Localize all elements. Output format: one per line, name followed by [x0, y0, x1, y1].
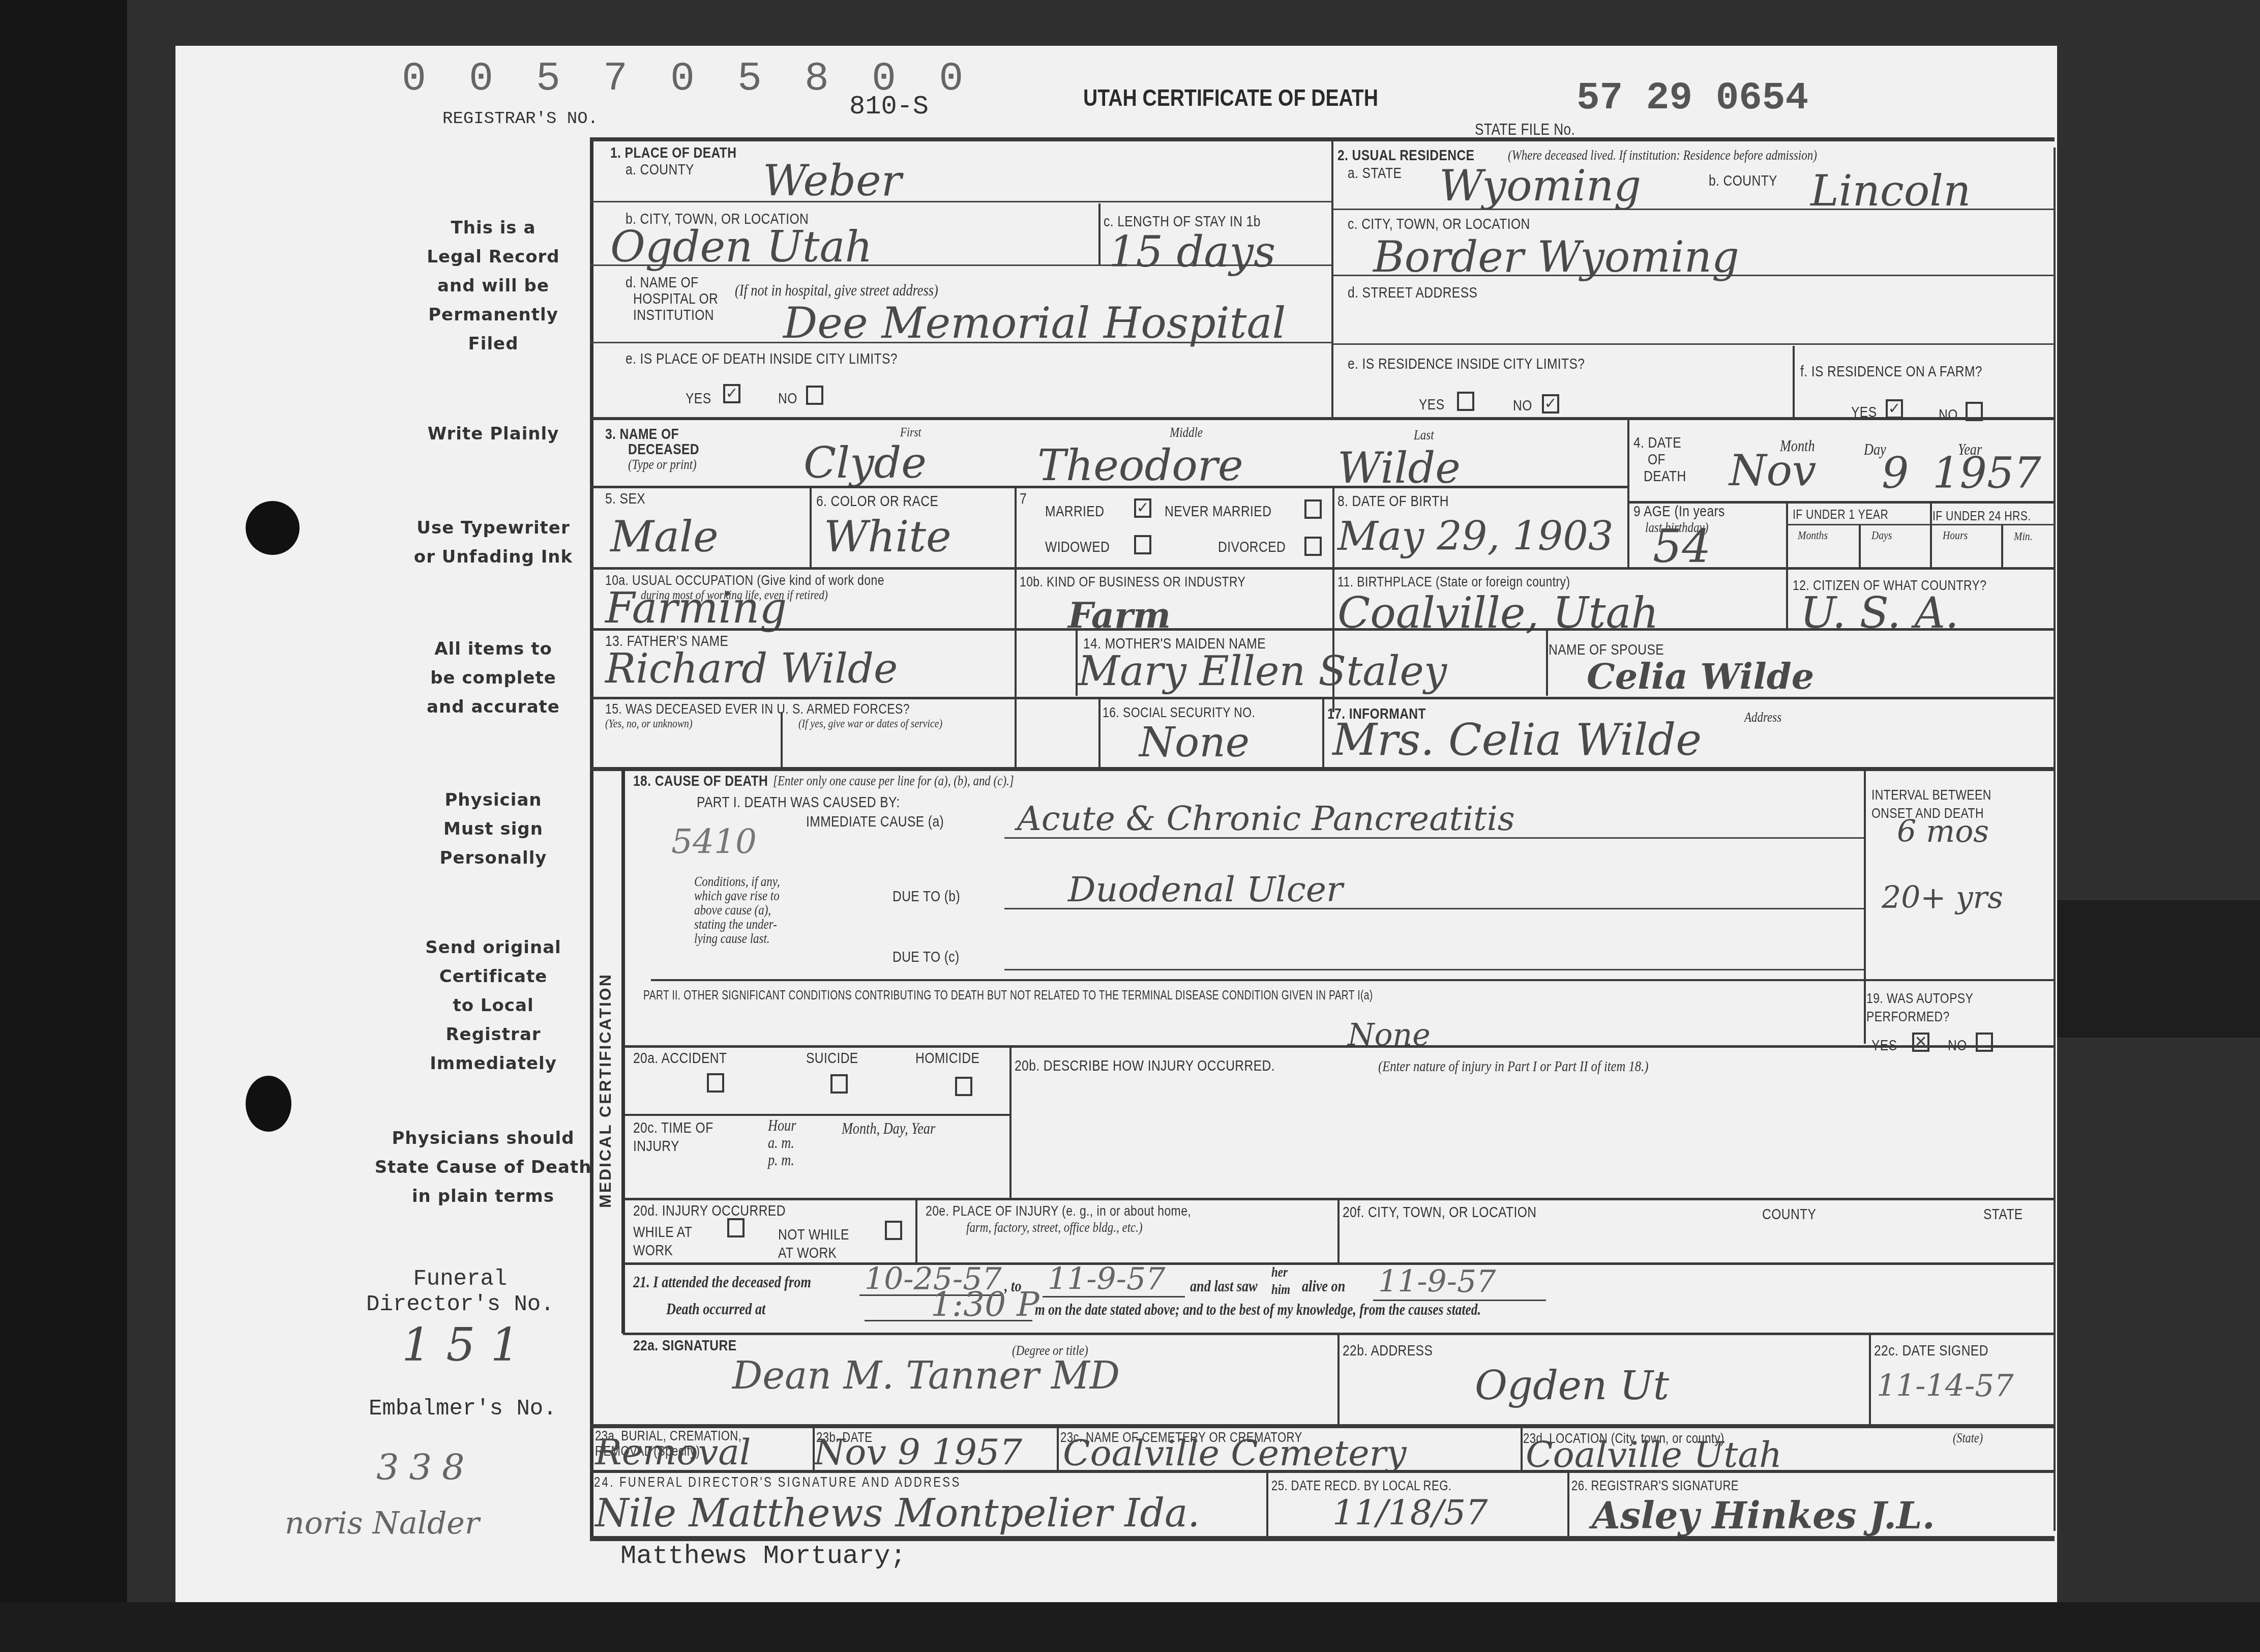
registrars-no-label: REGISTRAR'S NO.	[442, 109, 598, 129]
divider	[810, 487, 812, 569]
divider	[590, 1424, 2055, 1428]
date-of-death-label: 4. DATE	[1633, 435, 1681, 451]
homicide-checkbox[interactable]	[955, 1077, 972, 1096]
occupation-value: Farming	[605, 585, 787, 631]
embalmer-no-value: 338	[376, 1444, 475, 1490]
physician-signature: Dean M. Tanner MD	[732, 1353, 1120, 1399]
medical-strip-divider	[621, 769, 625, 1334]
divider-section-1-2	[1331, 140, 1333, 417]
due-to-c-line	[1004, 969, 1864, 970]
death-occurred-at-label: Death occurred at	[666, 1300, 765, 1318]
registrars-no-value: 810-S	[849, 92, 929, 122]
age-value: 54	[1653, 524, 1711, 570]
hospital-hint: (If not in hospital, give street address…	[735, 281, 938, 300]
armed-forces-hint-yes-no: (Yes, no, or unknown)	[605, 717, 692, 731]
father-name-value: Richard Wilde	[605, 646, 898, 692]
industry-label: 10b. KIND OF BUSINESS OR INDUSTRY	[1020, 574, 1245, 590]
due-to-c-label: DUE TO (c)	[893, 949, 960, 965]
divider	[1322, 698, 1324, 768]
death-city-value: Ogden Utah	[610, 224, 873, 270]
part1-label: PART I. DEATH WAS CAUSED BY:	[697, 794, 900, 811]
yes-label: YES	[686, 391, 711, 407]
form-border-top	[590, 137, 2055, 141]
attended-label: 21. I attended the deceased from	[633, 1273, 811, 1291]
date-received-value: 11/18/57	[1332, 1490, 1488, 1536]
funeral-director-no-value: 151	[402, 1322, 535, 1368]
residence-farm-label: f. IS RESIDENCE ON A FARM?	[1800, 364, 1982, 380]
divider	[590, 486, 1627, 488]
mother-maiden-name-value: Mary Ellen Staley	[1078, 648, 1447, 694]
burial-state-label: (State)	[1953, 1430, 1983, 1446]
residence-street-label: d. STREET ADDRESS	[1348, 285, 1477, 301]
divider	[1332, 343, 2055, 345]
cemetery-value: Coalville Cemetery	[1063, 1430, 1407, 1476]
embalmer-signature: noris Nalder	[285, 1500, 480, 1546]
widowed-checkbox[interactable]	[1134, 535, 1151, 554]
divider	[1332, 275, 2055, 276]
informant-value: Mrs. Celia Wilde	[1332, 717, 1702, 763]
cause-of-death-hint: [Enter only one cause per line for (a), …	[773, 773, 1014, 789]
certificate-title: UTAH CERTIFICATE OF DEATH	[1083, 84, 1378, 111]
yes-label: YES	[1419, 397, 1444, 413]
no-label: NO	[778, 391, 797, 407]
divorced-checkbox[interactable]	[1304, 537, 1322, 556]
medical-certification-label: MEDICAL CERTIFICATION	[596, 973, 615, 1208]
divider	[1869, 1334, 1871, 1425]
divider	[1627, 420, 1629, 567]
divider	[1266, 1471, 1268, 1538]
death-statement: m on the date stated above; and to the b…	[1035, 1301, 1481, 1319]
married-label: MARRIED	[1045, 504, 1104, 520]
industry-value: Farm	[1068, 593, 1171, 638]
armed-forces-label: 15. WAS DECEASED EVER IN U. S. ARMED FOR…	[605, 701, 910, 717]
divider	[590, 567, 2055, 570]
attended-to-value: 11-9-57	[1048, 1256, 1165, 1302]
residence-state-value: Wyoming	[1439, 163, 1641, 209]
spouse-name-value: Celia Wilde	[1587, 654, 1814, 699]
suicide-label: SUICIDE	[806, 1050, 858, 1067]
divider	[1332, 209, 2055, 210]
informant-address-label: Address	[1744, 710, 1781, 726]
name-of-deceased-label: DECEASED	[628, 441, 699, 458]
divider	[590, 201, 1332, 202]
date-of-death-label: DEATH	[1644, 468, 1686, 485]
burial-method-value: Removal	[595, 1429, 751, 1475]
residence-inside-limits-yes-checkbox[interactable]	[1457, 392, 1474, 411]
due-to-b-value: Duodenal Ulcer	[1068, 867, 1343, 913]
last-name-caption: Last	[1414, 427, 1434, 444]
burial-date-value: Nov 9 1957	[814, 1429, 1022, 1475]
divider	[1786, 524, 2055, 525]
while-at-work-checkbox[interactable]	[727, 1218, 745, 1237]
autopsy-yes-checkbox[interactable]: ✕	[1912, 1032, 1929, 1052]
min-caption: Min.	[2014, 530, 2033, 544]
death-inside-limits-no-checkbox[interactable]	[806, 386, 823, 405]
divider	[1009, 1047, 1012, 1199]
time-of-injury-label: 20c. TIME OF INJURY	[633, 1119, 713, 1156]
divider	[590, 1470, 2055, 1473]
cause-code: 5410	[671, 819, 757, 865]
while-at-work-label: WHILE AT WORK	[633, 1223, 692, 1260]
mortuary-typed-note: Matthews Mortuary;	[620, 1541, 906, 1571]
death-county-label: a. COUNTY	[626, 162, 694, 178]
scanner-background-left	[0, 0, 127, 1652]
divider	[623, 1114, 1009, 1116]
no-label: NO	[1513, 398, 1532, 414]
place-of-death-label: 1. PLACE OF DEATH	[610, 145, 736, 161]
date-of-death-month: Nov	[1729, 448, 1817, 493]
death-inside-limits-yes-checkbox[interactable]: ✓	[723, 384, 740, 403]
part2-label: PART II. OTHER SIGNIFICANT CONDITIONS CO…	[643, 987, 1373, 1003]
divorced-label: DIVORCED	[1218, 539, 1286, 555]
divider	[590, 767, 2055, 771]
married-checkbox[interactable]: ✓	[1134, 498, 1151, 518]
residence-inside-limits-no-checkbox[interactable]: ✓	[1542, 394, 1559, 414]
age-label: 9 AGE (In years	[1633, 504, 1725, 520]
margin-note-send-original: Send original Certificate to Local Regis…	[386, 933, 600, 1078]
place-of-injury-hint: farm, factory, street, office bldg., etc…	[966, 1220, 1143, 1236]
hospital-label: HOSPITAL OR	[633, 291, 718, 307]
residence-farm-yes-checkbox[interactable]: ✓	[1886, 399, 1903, 419]
physician-address-value: Ogden Ut	[1475, 1363, 1669, 1409]
deceased-last-name: Wilde	[1337, 445, 1461, 491]
accident-checkbox[interactable]	[707, 1073, 724, 1093]
immediate-cause-label: IMMEDIATE CAUSE (a)	[806, 814, 944, 830]
margin-note-typewriter: Use Typewriter or Unfading Ink	[386, 514, 600, 572]
never-married-label: NEVER MARRIED	[1165, 504, 1271, 520]
divider	[623, 1045, 2055, 1048]
under-24-hrs-label: IF UNDER 24 HRS.	[1932, 508, 2031, 524]
divider	[1567, 1471, 1569, 1538]
divider	[1057, 1427, 1059, 1470]
margin-note-legal-record: This is a Legal Record and will be Perma…	[386, 214, 600, 359]
margin-note-complete: All items to be complete and accurate	[386, 635, 600, 722]
date-of-death-year: 1957	[1932, 450, 2041, 496]
death-county-value: Weber	[763, 158, 902, 203]
armed-forces-hint-service: (If yes, give war or dates of service)	[798, 717, 942, 731]
punch-hole-icon	[246, 1076, 291, 1132]
form-border-left	[590, 137, 593, 1536]
residence-city-label: c. CITY, TOWN, OR LOCATION	[1348, 216, 1530, 232]
registrar-signature-label: 26. REGISTRAR'S SIGNATURE	[1571, 1478, 1739, 1494]
deceased-first-name: Clyde	[804, 440, 927, 486]
death-inside-limits-label: e. IS PLACE OF DEATH INSIDE CITY LIMITS?	[626, 351, 898, 367]
interval-b-value: 20+ yrs	[1882, 875, 2003, 921]
residence-county-value: Lincoln	[1810, 168, 1971, 214]
divider	[2001, 525, 2003, 570]
injury-state-label: STATE	[1983, 1206, 2023, 1223]
death-time-value: 1:30 P	[931, 1282, 1039, 1327]
funeral-director-value: Nile Matthews Montpelier Ida.	[595, 1490, 1200, 1536]
suicide-checkbox[interactable]	[830, 1074, 848, 1094]
scanner-background-band	[2055, 900, 2260, 1038]
deceased-middle-name: Theodore	[1037, 442, 1243, 488]
alive-on-label: alive on	[1302, 1277, 1345, 1295]
embalmer-no-label: Embalmer's No.	[369, 1396, 557, 1422]
alive-on-value: 11-9-57	[1378, 1259, 1496, 1305]
marital-status-number: 7	[1020, 491, 1027, 507]
divider	[1521, 1427, 1523, 1470]
divider	[915, 1199, 917, 1263]
days-caption: Days	[1871, 529, 1892, 543]
month-day-year-caption: Month, Day, Year	[842, 1119, 935, 1138]
hospital-label: d. NAME OF	[626, 275, 699, 291]
cause-of-death-label: 18. CAUSE OF DEATH	[633, 773, 768, 789]
conditions-note: Conditions, if any, which gave rise to a…	[694, 875, 780, 946]
part2-value: None	[1348, 1012, 1431, 1058]
divider	[590, 628, 2055, 631]
divider	[623, 1262, 2055, 1265]
race-value: White	[824, 514, 951, 559]
injury-occurred-label: 20d. INJURY OCCURRED	[633, 1203, 786, 1219]
date-of-death-day: 9	[1882, 450, 1909, 496]
immediate-cause-value: Acute & Chronic Pancreatitis	[1017, 796, 1515, 842]
injury-county-label: COUNTY	[1762, 1206, 1816, 1223]
last-saw-label: and last saw	[1190, 1277, 1258, 1295]
months-caption: Months	[1798, 529, 1828, 543]
divider	[1864, 769, 1866, 1044]
describe-injury-label: 20b. DESCRIBE HOW INJURY OCCURRED.	[1015, 1058, 1275, 1074]
signature-label: 22a. SIGNATURE	[633, 1338, 737, 1354]
hour-ampm-caption: Hour a. m. p. m.	[768, 1116, 796, 1168]
punch-hole-icon	[246, 501, 300, 555]
name-of-deceased-label: 3. NAME OF	[605, 426, 679, 442]
date-of-birth-label: 8. DATE OF BIRTH	[1337, 493, 1449, 510]
hours-caption: Hours	[1943, 529, 1968, 543]
residence-city-value: Border Wyoming	[1373, 234, 1739, 280]
never-married-checkbox[interactable]	[1304, 499, 1322, 519]
under-1-year-label: IF UNDER 1 YEAR	[1793, 506, 1888, 522]
margin-note-write-plainly: Write Plainly	[386, 420, 600, 449]
divider	[1930, 501, 1932, 570]
divider	[1546, 630, 1548, 696]
accident-label: 20a. ACCIDENT	[633, 1050, 727, 1067]
describe-injury-hint: (Enter nature of injury in Part I or Par…	[1378, 1058, 1648, 1075]
divider	[1793, 346, 1795, 417]
her-him-label: her him	[1271, 1264, 1290, 1299]
residence-county-label: b. COUNTY	[1709, 173, 1777, 189]
date-signed-label: 22c. DATE SIGNED	[1874, 1343, 1988, 1359]
not-while-at-work-checkbox[interactable]	[885, 1221, 902, 1240]
due-to-b-label: DUE TO (b)	[893, 889, 960, 905]
physician-address-label: 22b. ADDRESS	[1343, 1343, 1433, 1359]
ssn-value: None	[1139, 720, 1250, 765]
sex-value: Male	[610, 514, 719, 559]
scanner-background-bottom	[0, 1602, 2260, 1652]
hospital-label: INSTITUTION	[633, 307, 714, 323]
form-border-right	[2054, 147, 2056, 1531]
divider	[590, 264, 1332, 266]
divider	[1098, 203, 1101, 264]
no-label: NO	[1939, 407, 1958, 423]
divider	[651, 979, 2055, 981]
funeral-director-no-label: Funeral Director's No.	[366, 1266, 554, 1317]
registrar-signature-value: Asley Hinkes J.L.	[1592, 1493, 1935, 1539]
race-label: 6. COLOR OR RACE	[816, 493, 938, 510]
divider	[1337, 1199, 1340, 1263]
middle-name-caption: Middle	[1170, 425, 1203, 441]
residence-inside-limits-label: e. IS RESIDENCE INSIDE CITY LIMITS?	[1348, 356, 1585, 372]
hospital-value: Dee Memorial Hospital	[783, 300, 1286, 346]
date-of-death-label: OF	[1648, 452, 1666, 468]
divider	[1786, 501, 1788, 631]
state-file-no-value: 57 29 0654	[1577, 76, 1808, 120]
margin-note-cause-plain-terms: Physicians should State Cause of Death i…	[366, 1124, 600, 1211]
margin-note-physician-sign: Physician Must sign Personally	[386, 786, 600, 873]
divider	[1098, 698, 1101, 768]
state-file-no-label: STATE FILE No.	[1475, 121, 1575, 137]
divider	[590, 342, 1332, 343]
injury-city-label: 20f. CITY, TOWN, OR LOCATION	[1343, 1204, 1536, 1221]
place-of-injury-label: 20e. PLACE OF INJURY (e. g., in or about…	[926, 1203, 1191, 1219]
autopsy-no-checkbox[interactable]	[1976, 1032, 1993, 1052]
divider	[1337, 1334, 1340, 1425]
interval-a-value: 6 mos	[1897, 809, 1989, 854]
date-of-birth-value: May 29, 1903	[1337, 514, 1614, 559]
residence-state-label: a. STATE	[1348, 165, 1402, 182]
divider	[1859, 525, 1861, 570]
homicide-label: HOMICIDE	[915, 1050, 979, 1067]
divider	[590, 417, 2055, 420]
length-of-stay-value: 15 days	[1109, 229, 1275, 275]
date-signed-value: 11-14-57	[1877, 1363, 2014, 1409]
funeral-director-label: 24. FUNERAL DIRECTOR'S SIGNATURE AND ADD…	[594, 1474, 961, 1490]
form-border-bottom	[590, 1536, 2055, 1541]
divider	[1076, 630, 1078, 696]
autopsy-label: 19. WAS AUTOPSY PERFORMED?	[1866, 989, 1973, 1026]
type-or-print-hint: (Type or print)	[628, 457, 697, 473]
widowed-label: WIDOWED	[1045, 539, 1110, 555]
sex-label: 5. SEX	[605, 491, 645, 507]
not-while-at-work-label: NOT WHILE AT WORK	[778, 1226, 849, 1262]
divider	[781, 712, 783, 768]
